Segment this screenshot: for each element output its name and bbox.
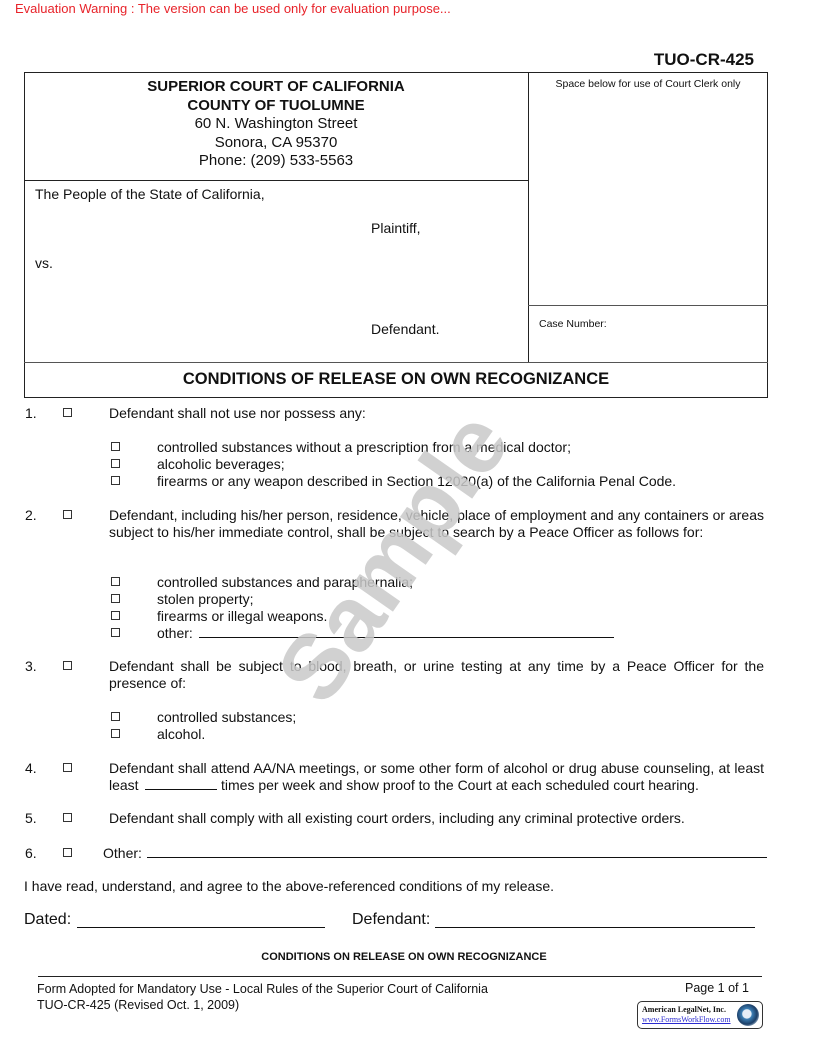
dated-label: Dated: bbox=[24, 911, 71, 929]
condition-number: 4. bbox=[25, 760, 37, 776]
acknowledgement-text: I have read, understand, and agree to th… bbox=[24, 878, 554, 895]
condition-4-text-after: times per week and show proof to the Cou… bbox=[221, 777, 699, 794]
condition-2-other-field[interactable] bbox=[199, 624, 614, 638]
dated-field[interactable] bbox=[77, 912, 325, 928]
condition-1-checkbox[interactable] bbox=[63, 408, 72, 417]
condition-1c-checkbox[interactable] bbox=[111, 476, 120, 485]
clerk-stamp-area[interactable] bbox=[529, 95, 767, 303]
condition-1c-text: firearms or any weapon described in Sect… bbox=[157, 473, 676, 490]
condition-number: 3. bbox=[25, 658, 37, 674]
condition-number: 1. bbox=[25, 405, 37, 421]
condition-number: 6. bbox=[25, 845, 37, 861]
footer-divider bbox=[38, 976, 762, 977]
case-number-label: Case Number: bbox=[539, 318, 607, 330]
defendant-signature-label: Defendant: bbox=[352, 911, 430, 929]
court-city: Sonora, CA 95370 bbox=[24, 134, 528, 153]
form-id: TUO-CR-425 bbox=[654, 50, 754, 70]
condition-3a-text: controlled substances; bbox=[157, 709, 296, 726]
times-per-week-field[interactable] bbox=[145, 776, 217, 790]
condition-5-checkbox[interactable] bbox=[63, 813, 72, 822]
condition-number: 2. bbox=[25, 507, 37, 523]
county-name: COUNTY OF TUOLUMNE bbox=[24, 97, 528, 116]
divider bbox=[528, 305, 768, 306]
condition-1b-checkbox[interactable] bbox=[111, 459, 120, 468]
page-number: Page 1 of 1 bbox=[685, 981, 749, 995]
case-number-field[interactable] bbox=[539, 334, 759, 356]
plaintiff-name: The People of the State of California, bbox=[35, 186, 265, 202]
evaluation-warning: Evaluation Warning : The version can be … bbox=[15, 1, 451, 16]
condition-2c-checkbox[interactable] bbox=[111, 611, 120, 620]
footer-title: CONDITIONS ON RELEASE ON OWN RECOGNIZANC… bbox=[24, 951, 784, 963]
condition-2a-text: controlled substances and paraphernalia; bbox=[157, 574, 413, 591]
versus-label: vs. bbox=[35, 255, 53, 271]
defendant-signature-field[interactable] bbox=[435, 912, 755, 928]
court-address: 60 N. Washington Street bbox=[24, 115, 528, 134]
court-info: SUPERIOR COURT OF CALIFORNIA COUNTY OF T… bbox=[24, 78, 528, 171]
condition-2c-text: firearms or illegal weapons. bbox=[157, 608, 327, 625]
footer-info: Form Adopted for Mandatory Use - Local R… bbox=[37, 981, 488, 1013]
condition-6-checkbox[interactable] bbox=[63, 848, 72, 857]
court-phone: Phone: (209) 533-5563 bbox=[24, 152, 528, 171]
globe-icon bbox=[737, 1004, 759, 1026]
condition-3a-checkbox[interactable] bbox=[111, 712, 120, 721]
condition-6-other-field[interactable] bbox=[147, 844, 767, 858]
condition-4-text: Defendant shall attend AA/NA meetings, o… bbox=[109, 760, 764, 777]
court-name: SUPERIOR COURT OF CALIFORNIA bbox=[24, 78, 528, 97]
plaintiff-label: Plaintiff, bbox=[371, 220, 421, 236]
defendant-label: Defendant. bbox=[371, 321, 440, 337]
condition-3-text: Defendant shall be subject to blood, bre… bbox=[109, 658, 764, 692]
condition-1a-text: controlled substances without a prescrip… bbox=[157, 439, 571, 456]
defendant-name-field[interactable] bbox=[35, 280, 365, 320]
condition-number: 5. bbox=[25, 810, 37, 826]
form-title: CONDITIONS OF RELEASE ON OWN RECOGNIZANC… bbox=[24, 370, 768, 389]
clerk-space-label: Space below for use of Court Clerk only bbox=[528, 78, 768, 90]
condition-2-text: Defendant, including his/her person, res… bbox=[109, 507, 764, 541]
condition-4-checkbox[interactable] bbox=[63, 763, 72, 772]
publisher-badge[interactable]: American LegalNet, Inc. www.FormsWorkFlo… bbox=[637, 1001, 763, 1029]
condition-4-least: least bbox=[109, 777, 139, 794]
condition-3-checkbox[interactable] bbox=[63, 661, 72, 670]
footer-adopted: Form Adopted for Mandatory Use - Local R… bbox=[37, 981, 488, 997]
condition-2d-label: other: bbox=[157, 625, 193, 642]
condition-2a-checkbox[interactable] bbox=[111, 577, 120, 586]
divider bbox=[24, 362, 768, 363]
condition-2b-text: stolen property; bbox=[157, 591, 254, 608]
footer-revised: TUO-CR-425 (Revised Oct. 1, 2009) bbox=[37, 997, 488, 1013]
condition-2b-checkbox[interactable] bbox=[111, 594, 120, 603]
condition-3b-checkbox[interactable] bbox=[111, 729, 120, 738]
condition-3b-text: alcohol. bbox=[157, 726, 205, 743]
condition-2d-checkbox[interactable] bbox=[111, 628, 120, 637]
condition-5-text: Defendant shall comply with all existing… bbox=[109, 810, 685, 827]
condition-1a-checkbox[interactable] bbox=[111, 442, 120, 451]
divider bbox=[24, 180, 528, 181]
condition-6-label: Other: bbox=[103, 845, 142, 862]
condition-1-text: Defendant shall not use nor possess any: bbox=[109, 405, 366, 422]
condition-2-checkbox[interactable] bbox=[63, 510, 72, 519]
condition-1b-text: alcoholic beverages; bbox=[157, 456, 285, 473]
